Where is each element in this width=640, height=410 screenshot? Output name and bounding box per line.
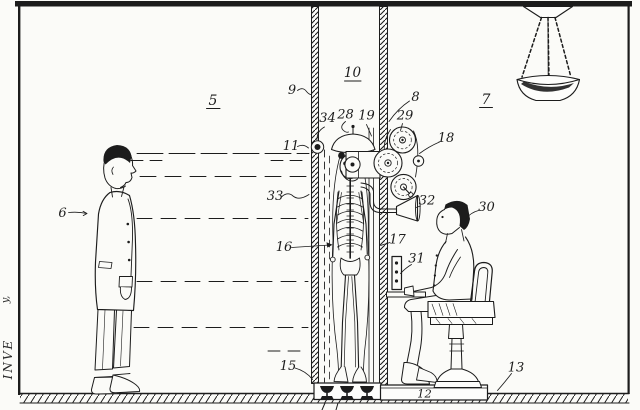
wall-bulb — [311, 141, 323, 153]
observer-hair — [103, 145, 131, 165]
reference-labels: 5 6 7 8 9 10 11 12 13 15 16 17 18 19 28 … — [58, 65, 524, 401]
chair-seat — [428, 302, 495, 318]
label-17: 17 — [389, 233, 406, 248]
label-18: 18 — [438, 131, 455, 146]
observer-shoe-front — [110, 375, 140, 393]
label-9: 9 — [288, 83, 296, 98]
leader-6 — [69, 211, 88, 215]
label-33: 33 — [267, 189, 284, 204]
leader-33 — [282, 194, 309, 198]
label-19: 19 — [358, 109, 375, 124]
label-12: 12 — [417, 387, 432, 401]
label-31: 31 — [408, 252, 425, 267]
operator-hair — [444, 201, 470, 230]
label-13: 13 — [508, 361, 525, 376]
insulator-cups — [314, 383, 381, 400]
stool-base — [437, 369, 479, 382]
label-28: 28 — [336, 108, 354, 123]
operator-hand — [405, 286, 415, 296]
label-11: 11 — [283, 139, 300, 154]
subject-skeleton — [330, 152, 369, 382]
label-16: 16 — [276, 240, 293, 255]
drawing-frame — [15, 1, 632, 395]
leader-15 — [295, 368, 313, 380]
right-wall — [380, 7, 388, 386]
label-7: 7 — [482, 92, 491, 108]
label-6: 6 — [58, 206, 66, 221]
label-15: 15 — [280, 359, 297, 374]
label-5: 5 — [209, 93, 218, 109]
label-32: 32 — [419, 194, 436, 209]
head-electrode — [338, 152, 345, 159]
leader-9 — [298, 89, 312, 95]
patent-drawing-page: y, INVE — [0, 0, 640, 410]
patent-figure: 5 6 7 8 9 10 11 12 13 15 16 17 18 19 28 … — [0, 0, 640, 410]
label-34: 34 — [319, 111, 336, 126]
skeleton-pelvis — [340, 258, 360, 275]
label-8: 8 — [411, 90, 419, 105]
hanging-lamp — [517, 7, 580, 101]
leader-18 — [420, 142, 440, 154]
label-30: 30 — [478, 200, 495, 215]
leader-13 — [498, 374, 512, 391]
label-29: 29 — [396, 109, 414, 124]
left-wall — [312, 7, 319, 384]
standing-observer — [91, 145, 139, 394]
lamp-chains — [522, 18, 571, 80]
leader-28 — [342, 122, 349, 133]
label-10: 10 — [344, 65, 362, 81]
